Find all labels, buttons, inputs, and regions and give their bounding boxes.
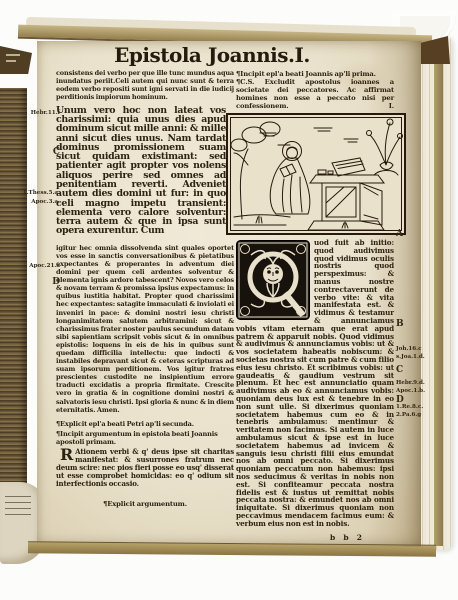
- chapter-summary: ¶C.S. Excludit apostolus ioannes a socie…: [236, 78, 394, 110]
- running-title: Epistola Joannis.I.: [62, 43, 362, 67]
- decorated-initial-q: [236, 240, 310, 320]
- explicit-argumentum-line: ¶Explicit argumentum.: [56, 500, 234, 508]
- left-fore-edge: [0, 88, 27, 488]
- saint-john-woodcut: [226, 113, 406, 235]
- incipit-argumentum-line: ¶Incipit argumentum in epistola beati Jo…: [56, 430, 234, 446]
- explicit-petri-line: ¶Explicit epl'a beati Petri ap'li secund…: [56, 420, 234, 428]
- book-photograph: Epistola Joannis.I. consistens dei verbo…: [0, 0, 458, 600]
- argumentum-paragraph: RAtionem verbi & q' deus ipse sit charit…: [56, 448, 234, 488]
- initial-q-icon: [236, 240, 310, 320]
- initial-r: R: [56, 448, 75, 462]
- argumentum-text: Ationem verbi & q' deus ipse sit charita…: [56, 447, 234, 488]
- leather-corner-top-left: [0, 46, 32, 74]
- bottom-binding-edge: [28, 541, 436, 557]
- right-binding-band: [434, 40, 443, 546]
- left-gloss-bottom-paragraph: igitur hec omnia dissolvenda sint quales…: [56, 244, 234, 414]
- left-gloss-top-paragraph: consistens dei verbo per que ille tunc m…: [56, 70, 234, 102]
- saint-john-woodcut-illustration: [226, 113, 406, 235]
- right-text-column: ¶Incipit epl'a beati Joannis ap'li prima…: [236, 70, 394, 542]
- first-john-scripture-paragraph: uod fuit ab initio: quod audivimus quod …: [236, 239, 394, 527]
- left-scripture-paragraph: Unum vero hoc non lateat vos charissimi:…: [56, 106, 226, 236]
- incipit-epistola-line: ¶Incipit epl'a beati Joannis ap'li prima…: [236, 70, 394, 78]
- signature-mark: b b 2: [236, 533, 394, 542]
- left-text-column: consistens dei verbo per que ille tunc m…: [56, 70, 234, 508]
